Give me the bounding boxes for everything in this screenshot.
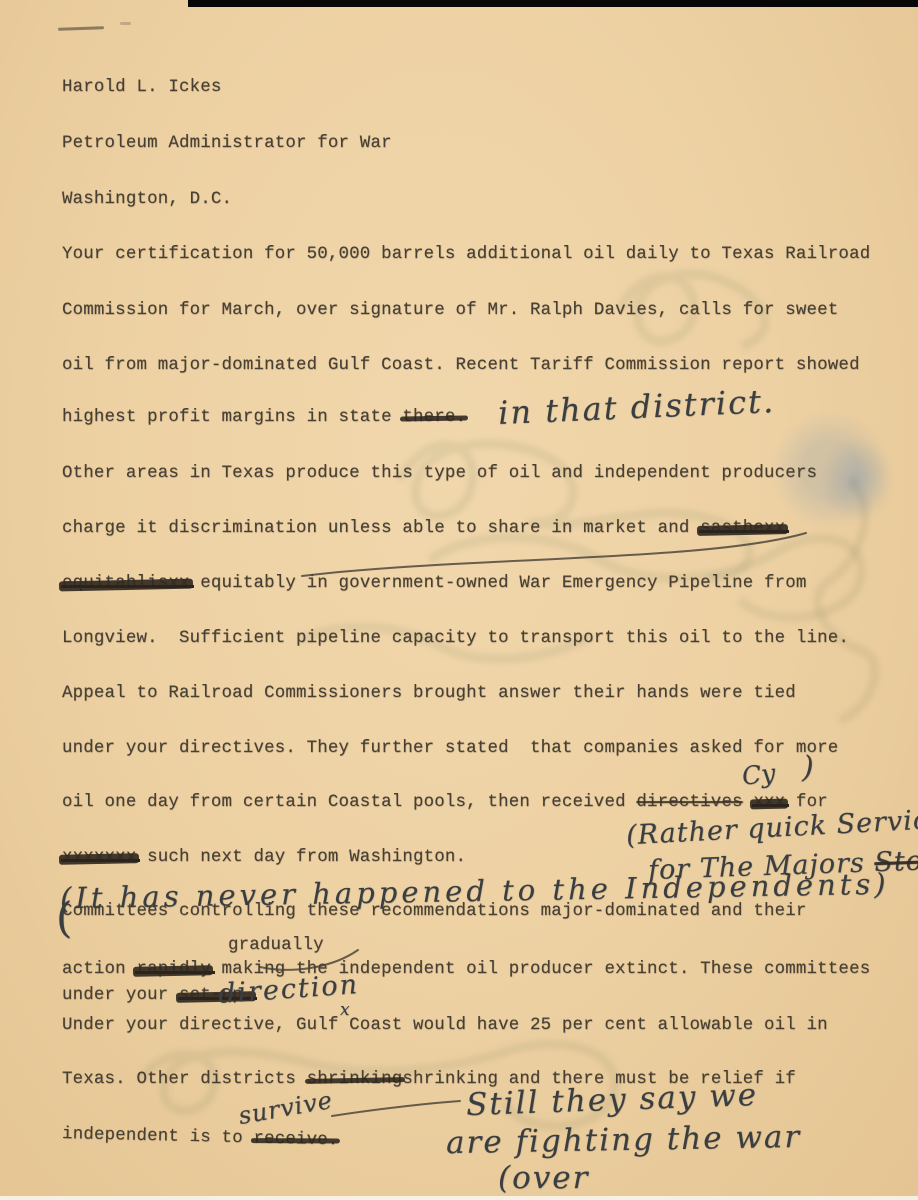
addressee-city-line: Washington, D.C. [62, 190, 232, 210]
typed-line: Commission for March, over signature of … [62, 301, 838, 321]
strikeout-text: shrinking [307, 1070, 403, 1089]
typed-line: oil one day from certain Coastal pools, … [62, 793, 828, 813]
typed-line: action rapidly making the independent oi… [62, 960, 870, 980]
handwritten-note-over: (over [498, 1160, 589, 1196]
typed-text: action [62, 960, 136, 979]
handwritten-paren-mark: ) [802, 750, 814, 785]
typed-line: Appeal to Railroad Commissioners brought… [62, 684, 796, 704]
blotted-out-text: xxx [753, 793, 785, 812]
typed-insertion-line: gradually [228, 936, 324, 956]
strikeout-text: directives [636, 793, 742, 812]
typed-text: charge it discrimination unless able to … [62, 519, 700, 538]
addressee-title-line: Petroleum Administrator for War [62, 134, 392, 154]
typed-text: independent is to [62, 1125, 254, 1148]
typed-text: highest profit margins in state [62, 408, 402, 427]
handwritten-note-district: in that district. [497, 382, 775, 432]
typed-line: equitablisxx equitably in government-own… [62, 574, 807, 594]
typed-line: Other areas in Texas produce this type o… [62, 464, 817, 484]
typed-text: equitably in government-owned War Emerge… [190, 574, 807, 593]
scan-edge-bar [188, 0, 918, 7]
typed-line: oil from major-dominated Gulf Coast. Rec… [62, 356, 860, 376]
pencil-speck [120, 22, 131, 25]
survive-pointer-dash [332, 1101, 460, 1116]
typed-text: Texas. Other districts [62, 1070, 307, 1089]
typed-text: oil one day from certain Coastal pools, … [62, 793, 636, 812]
blotted-out-text: xxxxxxx [62, 848, 136, 867]
handwritten-note-still-2: are fighting the war [446, 1119, 802, 1161]
handwritten-bracket-mark: ( [56, 893, 72, 942]
document-page: Harold L. Ickes Petroleum Administrator … [0, 0, 918, 1200]
handwritten-note-survive: survive [236, 1086, 335, 1130]
typed-line: highest profit margins in state there. [62, 408, 466, 428]
handwritten-x-mark: x [340, 1000, 350, 1020]
blue-ink-smudge [820, 438, 894, 522]
addressee-name-line: Harold L. Ickes [62, 78, 222, 98]
strikeout-text: there. [402, 408, 466, 427]
blotted-out-text: rapidly [136, 960, 210, 979]
pencil-check-mark [58, 26, 104, 31]
strikeout-text: receive. [253, 1129, 339, 1150]
typed-line: Under your directive, Gulf Coast would h… [62, 1016, 828, 1036]
typed-line: charge it discrimination unless able to … [62, 519, 785, 539]
strikeout-connector-curve [302, 533, 806, 576]
handwritten-note-cy: Cy [741, 758, 777, 790]
blotted-out-text: equitablisxx [62, 574, 190, 593]
typed-line: Longview. Sufficient pipeline capacity t… [62, 629, 849, 649]
typed-line: Your certification for 50,000 barrels ad… [62, 245, 870, 265]
typed-text: under your [62, 986, 179, 1005]
blotted-out-text: sasthexx [700, 519, 785, 538]
typed-line: independent is to receive. [62, 1125, 339, 1151]
typed-line: xxxxxxx such next day from Washington. [62, 848, 466, 868]
scan-edge-strip [0, 1196, 918, 1200]
typed-text: such next day from Washington. [136, 848, 466, 867]
typed-line: under your directives. They further stat… [62, 739, 838, 759]
